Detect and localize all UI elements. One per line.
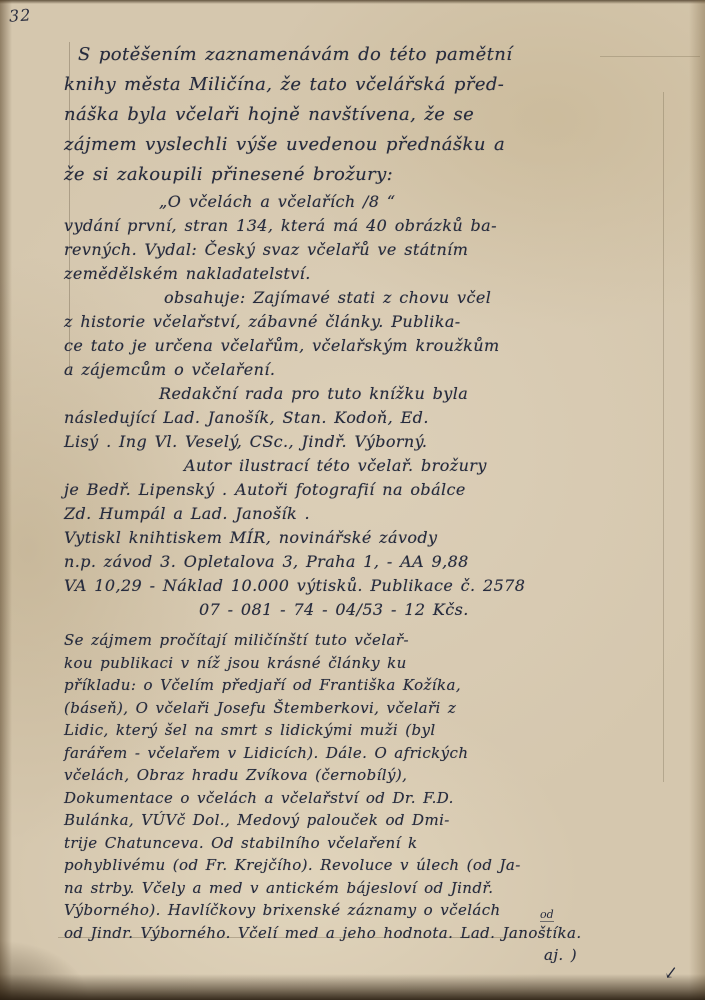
manuscript-line: náška byla včelaři hojně navštívena, že …	[64, 100, 664, 130]
scan-shadow-top	[0, 0, 705, 4]
manuscript-line: Dokumentace o včelách a včelařství od Dr…	[64, 787, 664, 810]
manuscript-line: revných. Vydal: Český svaz včelařů ve st…	[64, 238, 664, 262]
manuscript-line: VA 10,29 - Náklad 10.000 výtisků. Publik…	[64, 574, 664, 598]
scan-shadow-bottom	[0, 974, 705, 1000]
manuscript-line: zemědělském nakladatelství.	[64, 262, 664, 286]
manuscript-line: zájmem vyslechli výše uvedenou přednášku…	[64, 130, 664, 160]
manuscript-line: n.p. závod 3. Opletalova 3, Praha 1, - A…	[64, 550, 664, 574]
manuscript-line: Lidic, který šel na smrt s lidickými muž…	[64, 719, 664, 742]
manuscript-line: kou publikaci v níž jsou krásné články k…	[64, 652, 664, 675]
manuscript-line: obsahuje: Zajímavé stati z chovu včel	[164, 286, 664, 310]
manuscript-line: Výborného). Havlíčkovy brixenské záznamy…	[64, 899, 664, 922]
inserted-word: od	[540, 908, 554, 922]
scan-shadow-right	[689, 0, 705, 1000]
manuscript-line: následující Lad. Janošík, Stan. Kodoň, E…	[64, 406, 664, 430]
manuscript-line: „O včelách a včelařích /8 “	[159, 190, 664, 214]
manuscript-line: Vytiskl knihtiskem MÍR, novinářské závod…	[64, 526, 664, 550]
manuscript-line: pohyblivému (od Fr. Krejčího). Revoluce …	[64, 854, 664, 877]
manuscript-line: Redakční rada pro tuto knížku byla	[159, 382, 664, 406]
manuscript-line: Se zájmem pročítají miličínští tuto včel…	[64, 629, 664, 652]
manuscript-line: od Jindr. Výborného. Včelí med a jeho ho…	[64, 922, 664, 945]
manuscript-line: Lisý . Ing Vl. Veselý, CSc., Jindř. Výbo…	[64, 430, 664, 454]
manuscript-line: z historie včelařství, zábavné články. P…	[64, 310, 664, 334]
manuscript-line: je Bedř. Lipenský . Autoři fotografií na…	[64, 478, 664, 502]
manuscript-line: ce tato je určena včelařům, včelařským k…	[64, 334, 664, 358]
manuscript-line: příkladu: o Včelím předjaří od Františka…	[64, 674, 664, 697]
manuscript-line: včelách, Obraz hradu Zvíkova (černobílý)…	[64, 764, 664, 787]
manuscript-line: knihy města Miličína, že tato včelářská …	[64, 70, 664, 100]
manuscript-line: na strby. Včely a med v antickém bájeslo…	[64, 877, 664, 900]
manuscript-line: trije Chatunceva. Od stabilního včelařen…	[64, 832, 664, 855]
manuscript-line: S potěšením zaznamenávám do této pamětní	[78, 40, 664, 70]
scan-shadow-left	[0, 0, 12, 1000]
manuscript-line: aj. )	[544, 944, 664, 967]
manuscript-line: (báseň), O včelaři Josefu Štemberkovi, v…	[64, 697, 664, 720]
manuscript-line: Bulánka, VÚVč Dol., Medový palouček od D…	[64, 809, 664, 832]
manuscript-line: Zd. Humpál a Lad. Janošík .	[64, 502, 664, 526]
manuscript-text: S potěšením zaznamenávám do této pamětní…	[64, 40, 664, 967]
manuscript-line: a zájemcům o včelaření.	[64, 358, 664, 382]
manuscript-line: 07 - 081 - 74 - 04/53 - 12 Kčs.	[199, 598, 664, 622]
manuscript-line: že si zakoupili přinesené brožury:	[64, 160, 664, 190]
scanned-page: 32 S potěšením zaznamenávám do této pamě…	[0, 0, 705, 1000]
manuscript-line: vydání první, stran 134, která má 40 obr…	[64, 214, 664, 238]
manuscript-line: farářem - včelařem v Lidicích). Dále. O …	[64, 742, 664, 765]
manuscript-line: Autor ilustrací této včelař. brožury	[184, 454, 664, 478]
